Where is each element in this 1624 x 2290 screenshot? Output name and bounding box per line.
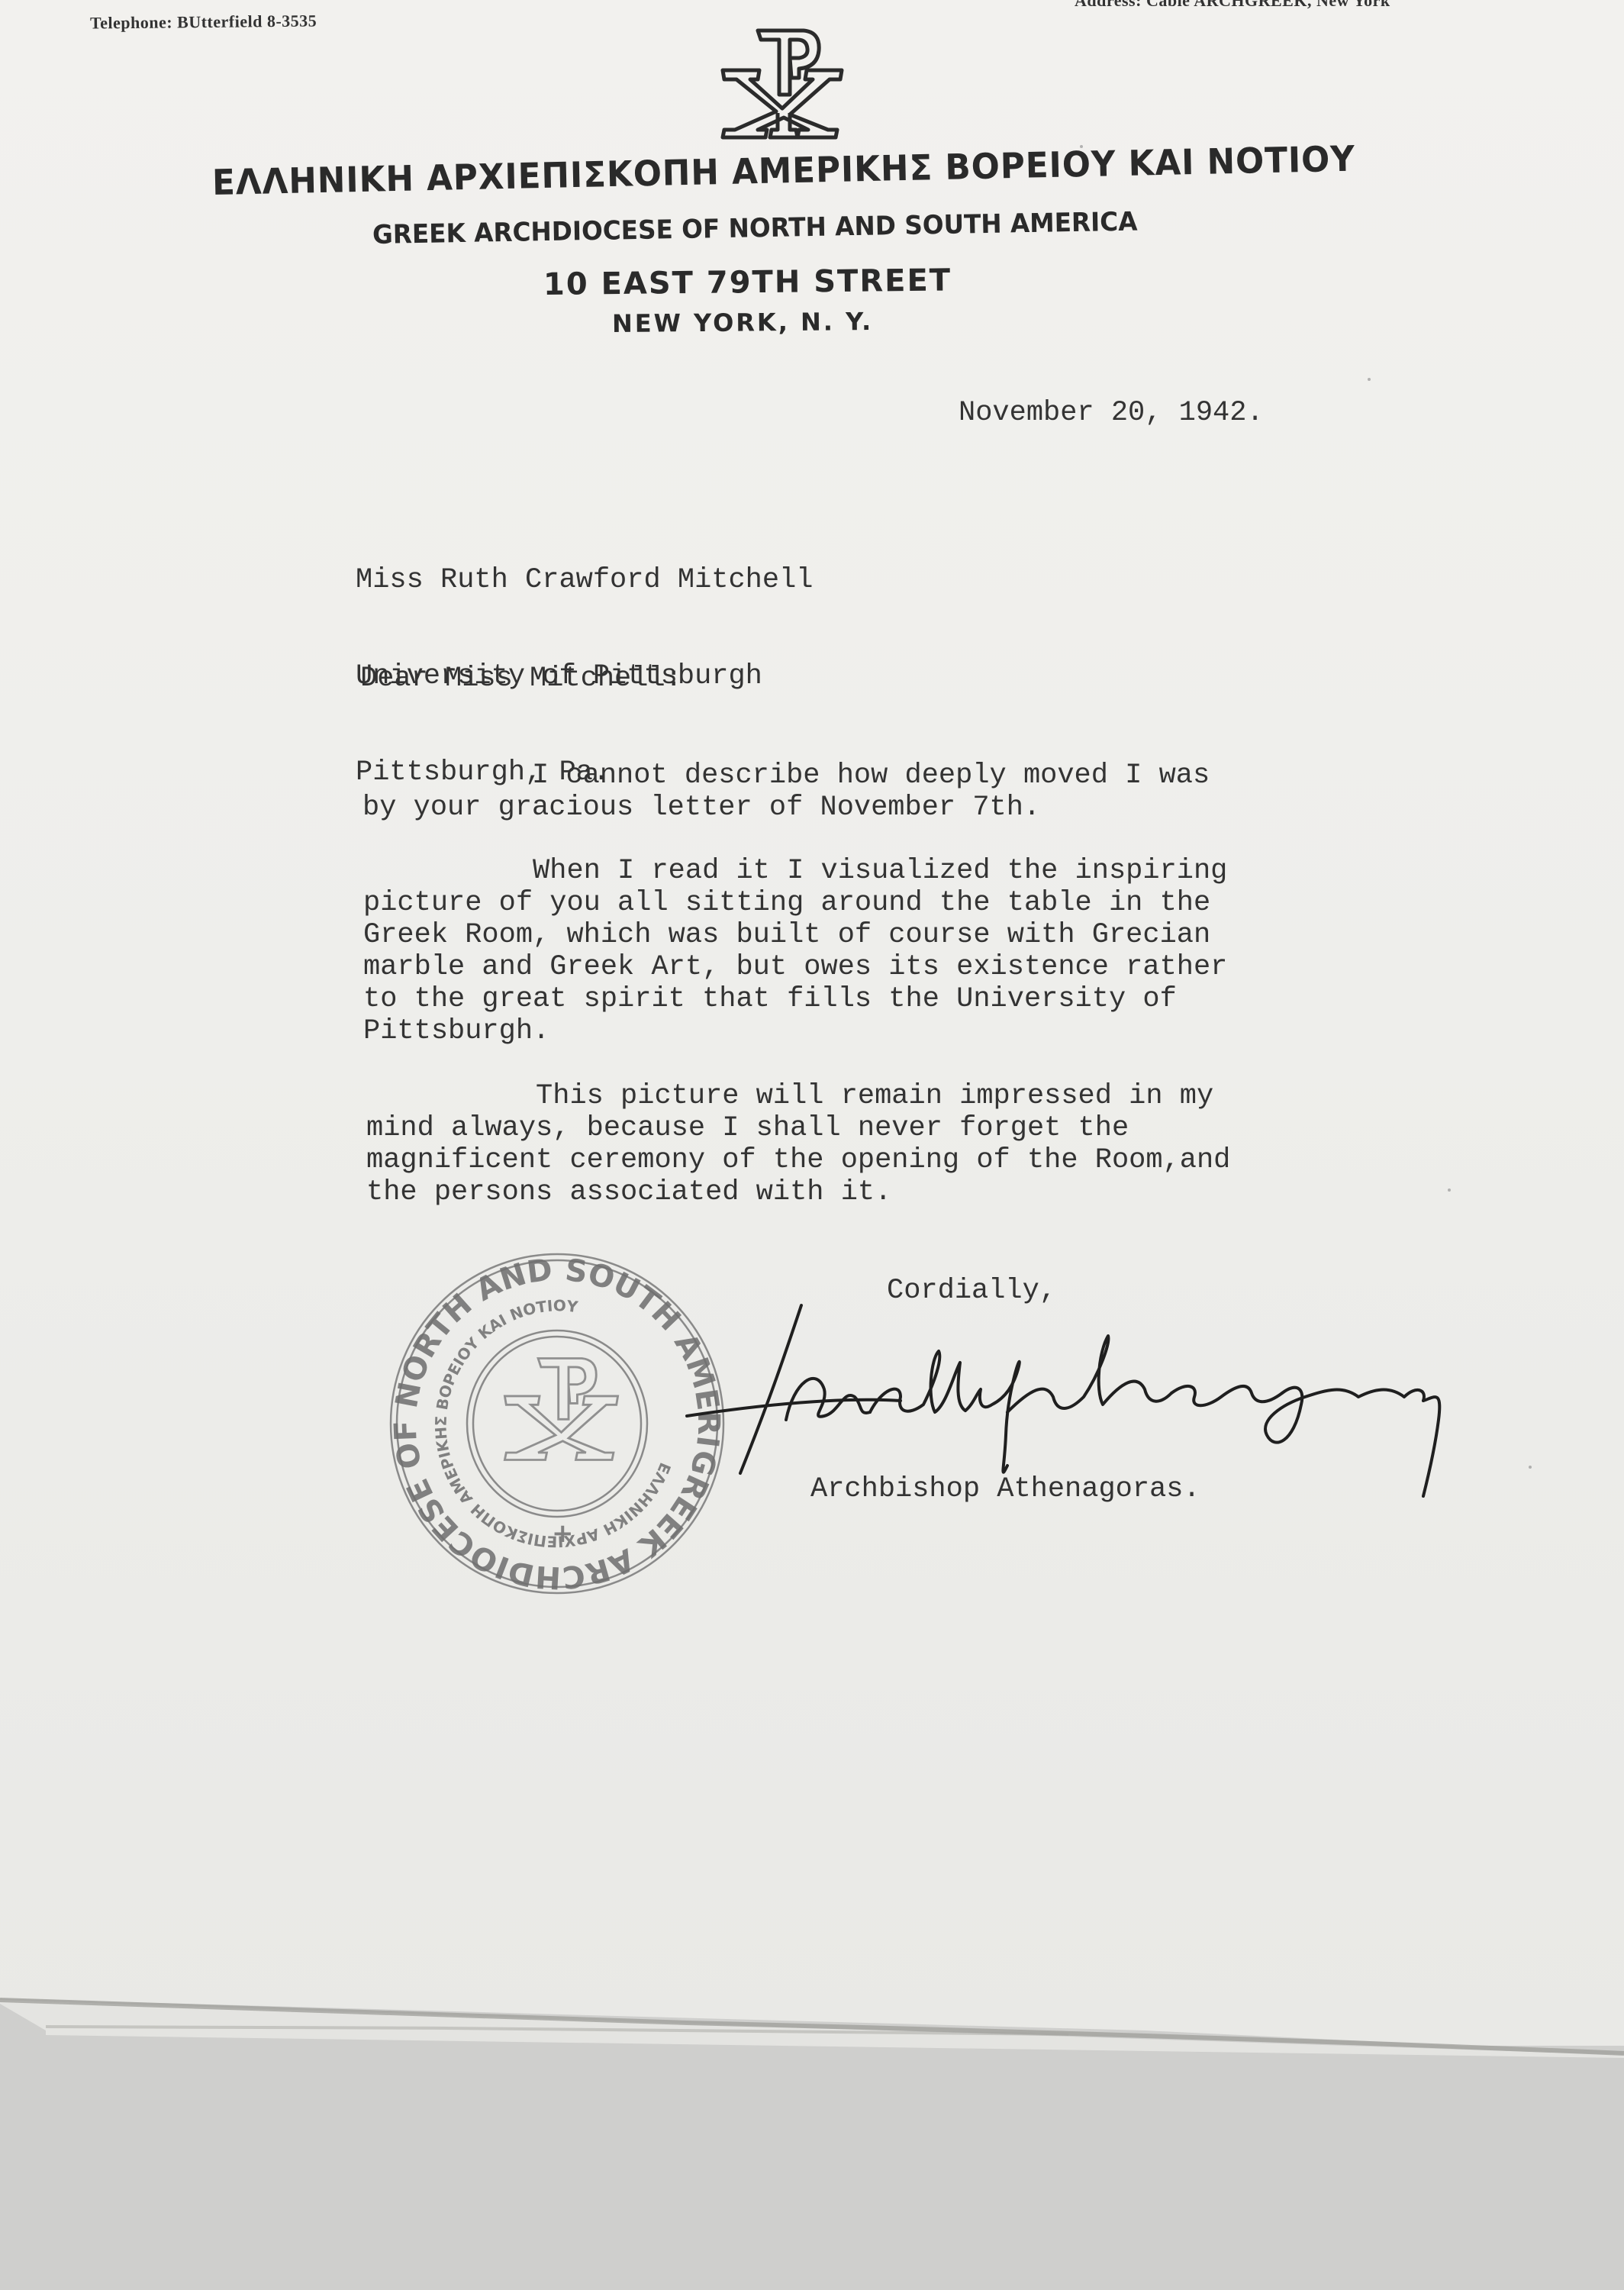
seal-chi-rho-icon: [504, 1359, 617, 1460]
chi-rho-icon: [714, 23, 847, 141]
letterhead-city: NEW YORK, N. Y.: [612, 307, 873, 338]
salutation: Dear Miss Mitchell:: [360, 663, 682, 695]
letterhead-greek-name: ΕΛΛΗΝΙΚΗ ΑΡΧΙΕΠΙΣΚΟΠΗ ΑΜΕΡΙΚΗΣ ΒΟΡΕΙΟΥ Κ…: [211, 138, 1355, 203]
seal-cross: +: [552, 1518, 574, 1549]
body-paragraph-2: When I read it I visualized the inspirin…: [363, 855, 1227, 1047]
letterhead-street: 10 EAST 79TH STREET: [543, 263, 952, 302]
signer-name: Archbishop Athenagoras.: [810, 1473, 1200, 1505]
letter-page: Telephone: BUtterfield 8-3535 Address: C…: [0, 0, 1624, 2046]
cable-address: Address: Cable ARCHGREEK, New York: [1075, 0, 1390, 11]
body-paragraph-1: I cannot describe how deeply moved I was…: [362, 760, 1210, 824]
telephone-line: Telephone: BUtterfield 8-3535: [90, 11, 317, 33]
letterhead-english-name: GREEK ARCHDIOCESE OF NORTH AND SOUTH AME…: [372, 207, 1138, 250]
letter-date: November 20, 1942.: [959, 397, 1264, 429]
body-paragraph-3: This picture will remain impressed in my…: [366, 1080, 1230, 1208]
handwritten-signature: Archbishop Athenagoras: [672, 1290, 1526, 1504]
recipient-name: Miss Ruth Crawford Mitchell: [356, 564, 814, 596]
